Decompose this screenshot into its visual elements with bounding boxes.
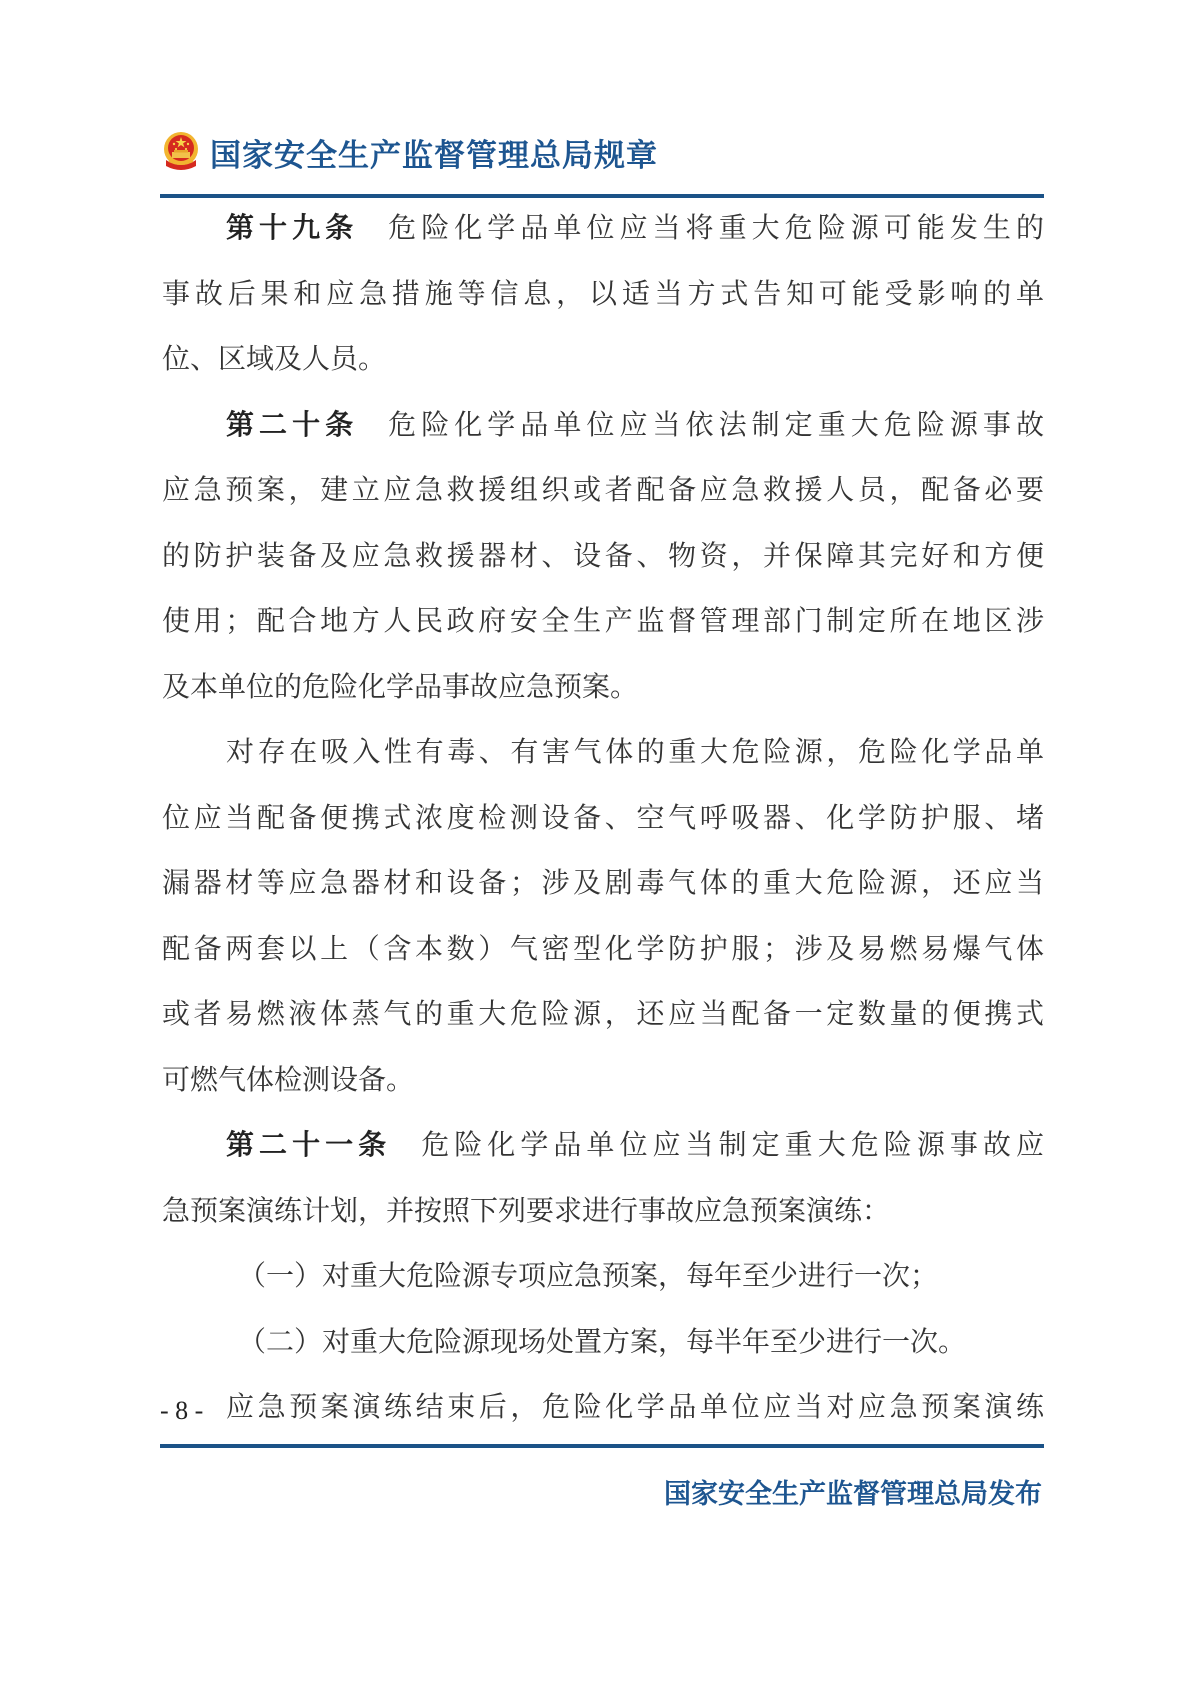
article-21-item-1: （一）对重大危险源专项应急预案，每年至少进行一次；: [162, 1256, 1044, 1322]
page-header: 国家安全生产监督管理总局规章: [160, 128, 658, 176]
article-20-para2-line-1: 对存在吸入性有毒、有害气体的重大危险源，危险化学品单: [162, 732, 1044, 798]
footer-divider: [160, 1444, 1044, 1448]
article-20-line-2: 应急预案，建立应急救援组织或者配备应急救援人员，配备必要: [162, 470, 1044, 536]
article-20-line-1: 第二十条危险化学品单位应当依法制定重大危险源事故: [162, 405, 1044, 471]
article-21-para2-line-1: 应急预案演练结束后，危险化学品单位应当对应急预案演练: [162, 1387, 1044, 1453]
article-21-line-2: 急预案演练计划，并按照下列要求进行事故应急预案演练：: [162, 1191, 1044, 1257]
page-number: - 8 -: [160, 1396, 203, 1426]
national-emblem-icon: [160, 130, 202, 174]
article-20-para2-line-4: 配备两套以上（含本数）气密型化学防护服；涉及易燃易爆气体: [162, 929, 1044, 995]
article-19-line-3: 位、区域及人员。: [162, 339, 1044, 405]
article-20-line-3: 的防护装备及应急救援器材、设备、物资，并保障其完好和方便: [162, 536, 1044, 602]
article-heading: 第二十一条: [226, 1128, 391, 1161]
article-20-line-4: 使用；配合地方人民政府安全生产监督管理部门制定所在地区涉: [162, 601, 1044, 667]
article-heading: 第二十条: [226, 408, 358, 441]
article-20-para2-line-2: 位应当配备便携式浓度检测设备、空气呼吸器、化学防护服、堵: [162, 798, 1044, 864]
article-20-para2-line-5: 或者易燃液体蒸气的重大危险源，还应当配备一定数量的便携式: [162, 994, 1044, 1060]
article-20-line-5: 及本单位的危险化学品事故应急预案。: [162, 667, 1044, 733]
article-20-para2-line-6: 可燃气体检测设备。: [162, 1060, 1044, 1126]
article-19-line-2: 事故后果和应急措施等信息，以适当方式告知可能受影响的单: [162, 274, 1044, 340]
header-divider: [160, 194, 1044, 198]
document-body: 第十九条危险化学品单位应当将重大危险源可能发生的 事故后果和应急措施等信息，以适…: [162, 208, 1044, 1453]
article-20-para2-line-3: 漏器材等应急器材和设备；涉及剧毒气体的重大危险源，还应当: [162, 863, 1044, 929]
article-21-line-1: 第二十一条危险化学品单位应当制定重大危险源事故应: [162, 1125, 1044, 1191]
article-heading: 第十九条: [226, 211, 358, 244]
article-21-item-2: （二）对重大危险源现场处置方案，每半年至少进行一次。: [162, 1322, 1044, 1388]
article-19-line-1: 第十九条危险化学品单位应当将重大危险源可能发生的: [162, 208, 1044, 274]
footer-publisher: 国家安全生产监督管理总局发布: [664, 1472, 1042, 1511]
header-title: 国家安全生产监督管理总局规章: [210, 130, 658, 175]
